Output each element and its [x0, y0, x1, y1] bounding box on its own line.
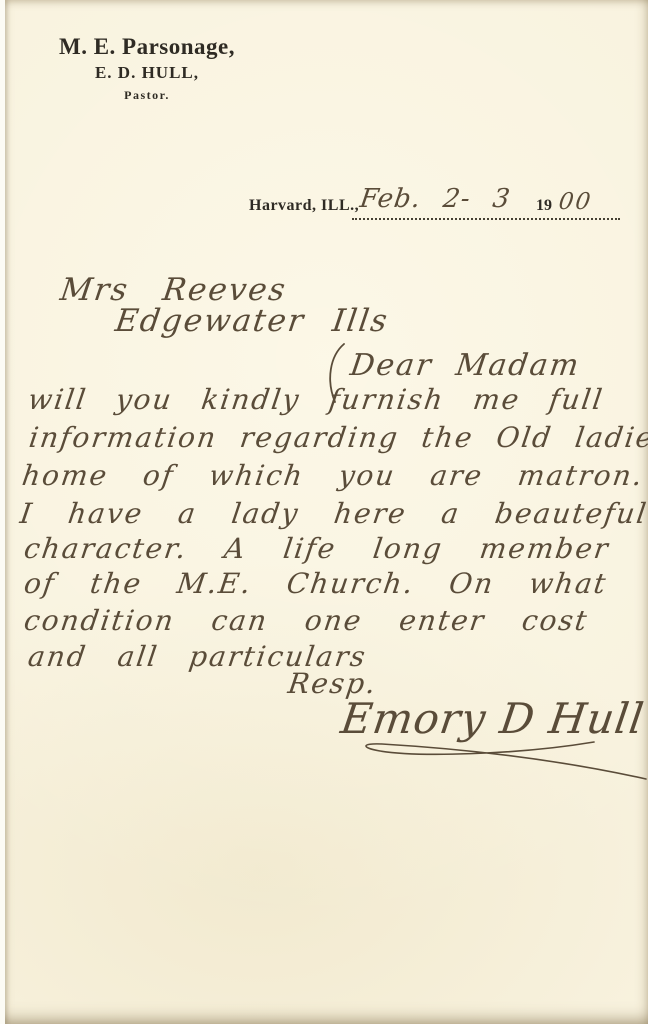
body-line: character. A life long member: [22, 532, 612, 565]
dateline-year-printed: 19: [536, 197, 552, 215]
scanner-edge: [0, 0, 5, 1024]
salutation-line: Dear Madam: [348, 348, 583, 383]
body-line: will you kindly furnish me full: [26, 383, 606, 416]
letterhead: M. E. Parsonage, E. D. HULL, Pastor.: [38, 34, 256, 103]
body-line: of the M.E. Church. On what: [22, 567, 610, 600]
letterhead-pastor-name: E. D. HULL,: [38, 63, 256, 83]
dateline-place: Harvard, ILL.,: [249, 197, 359, 215]
body-line: information regarding the Old ladies: [27, 421, 648, 454]
letterhead-pastor-title: Pastor.: [38, 88, 256, 103]
body-line: condition can one enter cost: [22, 604, 591, 637]
dateline-handwritten-year: 00: [557, 189, 594, 215]
body-line: home of which you are matron.: [20, 459, 646, 492]
recipient-place-line: Edgewater Ills: [113, 303, 391, 339]
letterhead-organization: M. E. Parsonage,: [38, 34, 256, 60]
body-line: I have a lady here a beauteful: [18, 497, 648, 530]
letter-page: M. E. Parsonage, E. D. HULL, Pastor. Har…: [0, 0, 648, 1024]
dateline-handwritten-date: Feb. 2- 3: [358, 184, 513, 214]
signature-flourish-icon: [356, 735, 648, 788]
